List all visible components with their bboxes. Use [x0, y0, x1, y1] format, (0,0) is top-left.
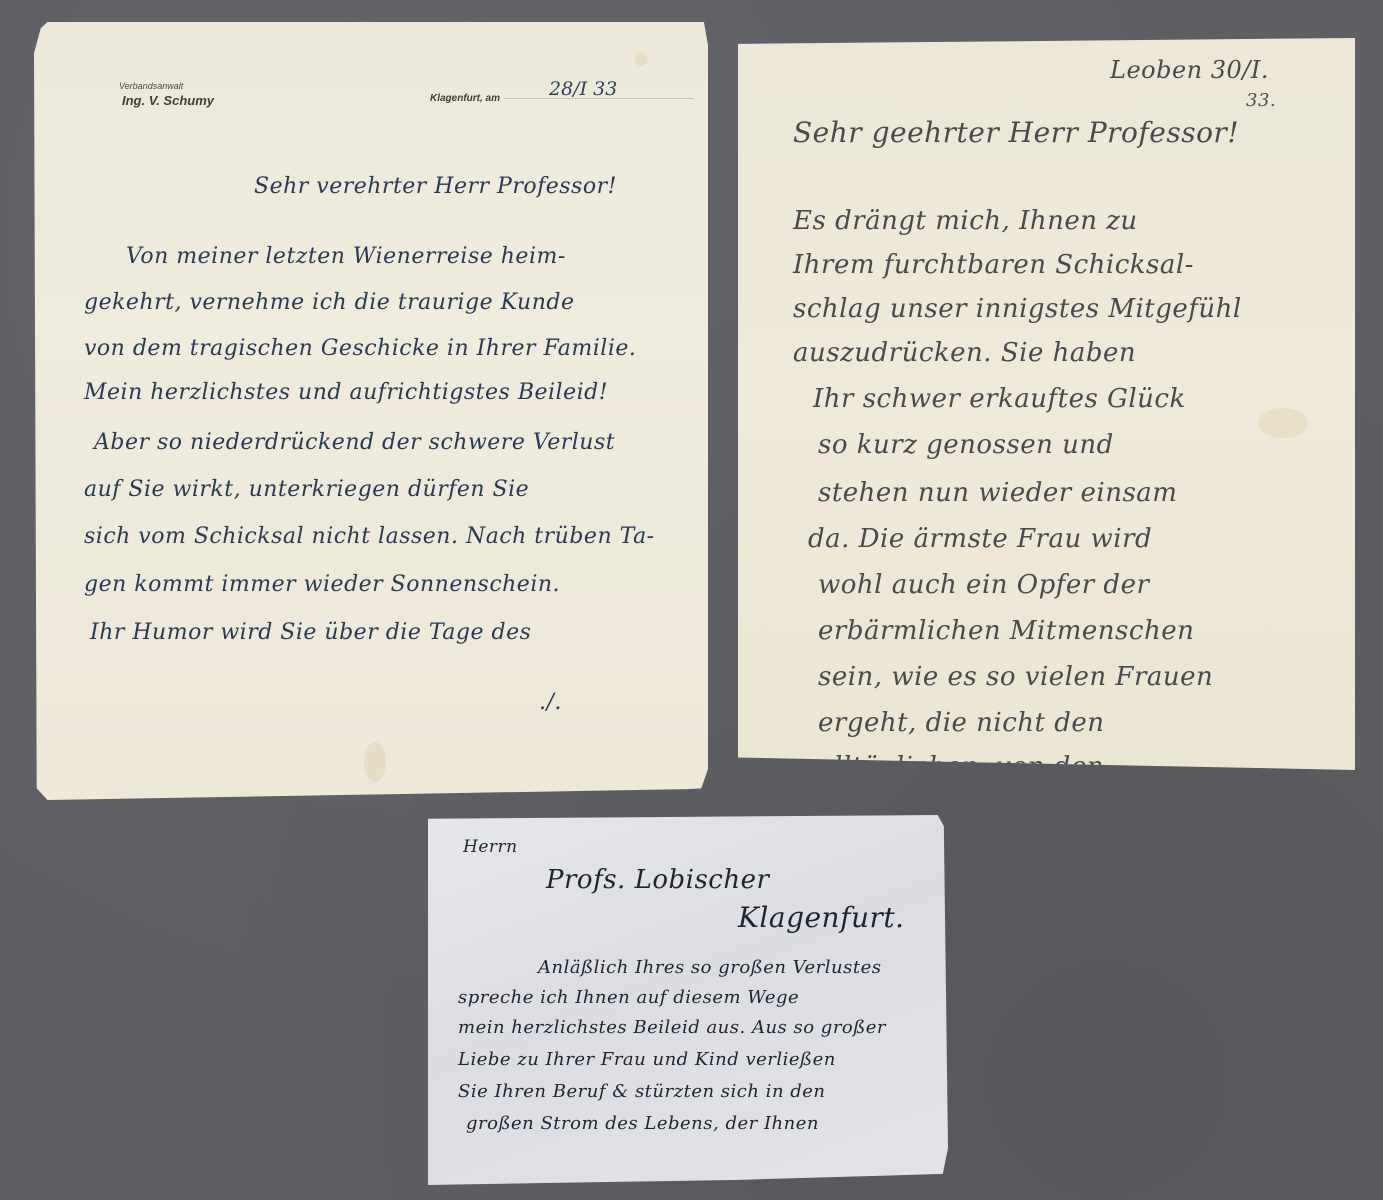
body-line: schlag unser innigstes Mitgefühl	[793, 294, 1242, 324]
paper-stain	[364, 742, 386, 782]
letter-left: Verbandsanwalt Ing. V. Schumy Klagenfurt…	[34, 22, 708, 800]
body-line: großen Strom des Lebens, der Ihnen	[466, 1113, 819, 1134]
body-line: erbärmlichen Mitmenschen	[818, 616, 1194, 646]
body-line: Liebe zu Ihrer Frau und Kind verließen	[458, 1049, 836, 1070]
body-line: gekehrt, vernehme ich die traurige Kunde	[84, 290, 575, 315]
body-line: auszudrücken. Sie haben	[793, 338, 1136, 368]
body-line: Ihr Humor wird Sie über die Tage des	[90, 620, 531, 645]
salutation: Sehr geehrter Herr Professor!	[793, 116, 1239, 149]
addressee-name: Profs. Lobischer	[546, 865, 769, 895]
body-line: Mein herzlichstes und aufrichtigstes Bei…	[84, 380, 608, 405]
body-line: ergeht, die nicht den	[818, 708, 1105, 738]
body-line: gen kommt immer wieder Sonnenschein.	[84, 572, 560, 597]
letterhead-name: Ing. V. Schumy	[122, 93, 214, 108]
body-line: Von meiner letzten Wienerreise heim-	[126, 244, 566, 269]
handwritten-date: 28/I 33	[549, 78, 617, 100]
body-line: Aber so niederdrückend der schwere Verlu…	[94, 430, 615, 455]
body-line: da. Die ärmste Frau wird	[808, 524, 1152, 554]
salutation: Sehr verehrter Herr Professor!	[254, 174, 617, 199]
body-line: von dem tragischen Geschicke in Ihrer Fa…	[84, 336, 636, 361]
continuation-mark: ./.	[539, 690, 562, 715]
place-date: Leoben 30/I.	[1110, 56, 1269, 84]
letterhead-organization: Verbandsanwalt	[119, 81, 183, 91]
body-line: Es drängt mich, Ihnen zu	[793, 206, 1138, 236]
addressee-prefix: Herrn	[463, 837, 518, 857]
letterhead-place: Klagenfurt, am	[430, 93, 500, 104]
body-line: sich vom Schicksal nicht lassen. Nach tr…	[84, 524, 655, 549]
addressee-city: Klagenfurt.	[738, 901, 905, 934]
body-line: spreche ich Ihnen auf diesem Wege	[458, 987, 799, 1008]
date-year: 33.	[1246, 90, 1276, 111]
body-line: auf Sie wirkt, unterkriegen dürfen Sie	[84, 477, 529, 502]
body-line: Ihr schwer erkauftes Glück	[813, 384, 1186, 414]
note-bottom: Herrn Profs. Lobischer Klagenfurt. Anläß…	[428, 815, 948, 1185]
body-line: mein herzlichstes Beileid aus. Aus so gr…	[458, 1017, 886, 1038]
body-line: sein, wie es so vielen Frauen	[818, 662, 1213, 692]
body-line: wohl auch ein Opfer der	[818, 570, 1149, 600]
body-line: Anläßlich Ihres so großen Verlustes	[538, 957, 882, 978]
body-line: alltäglichen, von den	[818, 752, 1104, 782]
body-line: so kurz genossen und	[818, 430, 1114, 460]
body-line: stehen nun wieder einsam	[818, 478, 1177, 508]
body-line: Sie Ihren Beruf & stürzten sich in den	[458, 1081, 826, 1102]
letter-right: Leoben 30/I. 33. Sehr geehrter Herr Prof…	[738, 38, 1355, 770]
body-line: Ihrem furchtbaren Schicksal-	[793, 250, 1194, 280]
paper-stain	[634, 52, 648, 66]
paper-stain	[1258, 408, 1308, 438]
